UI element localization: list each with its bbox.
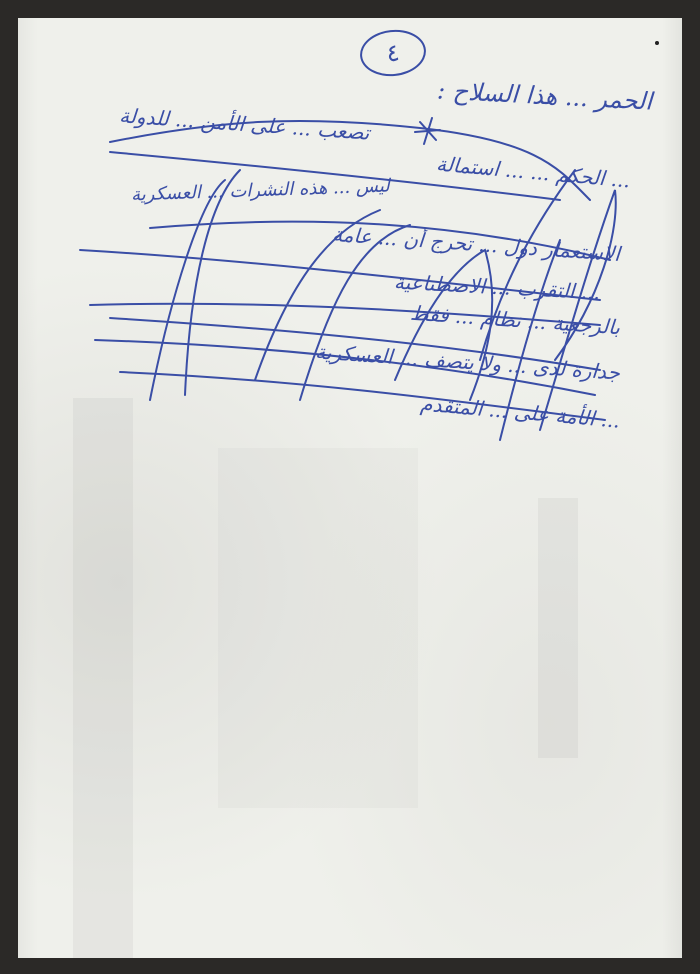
handwriting-layer: ٤ الحمر ... هذا السلاح : تصعب ... على ال…	[0, 0, 700, 974]
cancellation-strokes	[0, 0, 700, 974]
